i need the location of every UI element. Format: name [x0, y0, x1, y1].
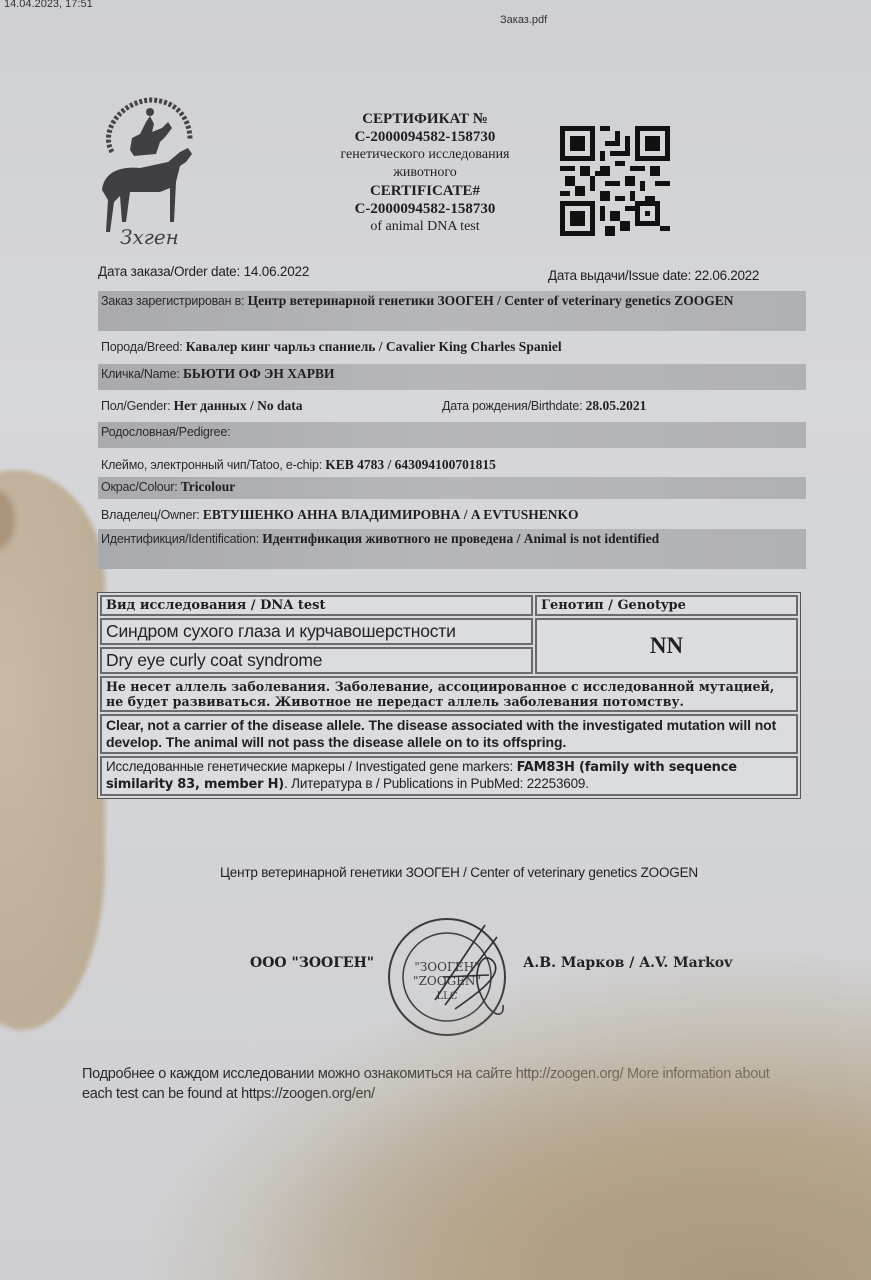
field-label: Владелец/Owner:: [101, 508, 203, 522]
footer-more-info: Подробнее о каждом исследовании можно оз…: [82, 1064, 802, 1104]
field-breed: Порода/Breed: Кавалер кинг чарльз спание…: [98, 337, 806, 357]
cert-subtitle-ru-1: генетического исследования: [300, 146, 550, 164]
field-value: Идентификация животного не проведена / A…: [262, 531, 659, 546]
field-pedigree: Родословная/Pedigree:: [98, 422, 806, 448]
issuing-center: Центр ветеринарной генетики ЗООГЕН / Cen…: [220, 865, 698, 880]
stamp-seal-icon: "ЗООГЕН" "ZOOGEN" LLC: [385, 905, 525, 1045]
svg-text:Зхген: Зхген: [120, 225, 179, 249]
cert-title-en: CERTIFICATE#: [300, 182, 550, 200]
order-date-value: 14.06.2022: [244, 264, 310, 279]
cert-subtitle-en: of animal DNA test: [300, 218, 550, 236]
gene-markers: Исследованные генетические маркеры / Inv…: [100, 756, 798, 796]
certificate-title-block: СЕРТИФИКАТ № C-2000094582-158730 генетич…: [300, 110, 550, 236]
organization-name: ООО "ЗООГЕН": [250, 955, 374, 971]
cert-subtitle-ru-2: животного: [300, 164, 550, 182]
field-value: Центр ветеринарной генетики ЗООГЕН / Cen…: [248, 293, 734, 308]
field-label: Идентификция/Identification:: [101, 532, 262, 546]
horse-rider-logo-icon: Зхген: [90, 92, 200, 252]
genotype-value: NN: [535, 618, 798, 674]
field-value: Нет данных / No data: [174, 398, 303, 413]
field-registered: Заказ зарегистрирован в: Центр ветеринар…: [98, 291, 806, 331]
order-date-label: Дата заказа/Order date:: [98, 264, 244, 279]
field-value: ЕВТУШЕНКО АННА ВЛАДИМИРОВНА / A EVTUSHEN…: [203, 507, 579, 522]
field-label: Заказ зарегистрирован в:: [101, 294, 248, 308]
field-value: БЬЮТИ ОФ ЭН ХАРВИ: [183, 366, 335, 381]
field-value: 28.05.2021: [586, 398, 647, 413]
field-identification: Идентификция/Identification: Идентификац…: [98, 529, 806, 569]
field-label: Окрас/Colour:: [101, 480, 181, 494]
print-timestamp: 14.04.2023, 17:51: [4, 0, 93, 10]
field-label: Родословная/Pedigree:: [101, 425, 230, 439]
order-date: Дата заказа/Order date: 14.06.2022: [98, 264, 309, 279]
field-gender-birthdate: Пол/Gender: Нет данных / No data Дата ро…: [98, 396, 806, 416]
publications-value: 22253609.: [527, 776, 589, 791]
interpretation-en: Clear, not a carrier of the disease alle…: [100, 714, 798, 754]
header-dna-test: Вид исследования / DNA test: [100, 595, 533, 616]
zoogen-logo: Зхген: [90, 92, 200, 252]
field-colour: Окрас/Colour: Tricolour: [98, 477, 806, 499]
header-genotype: Генотип / Genotype: [535, 595, 798, 616]
issue-date-label: Дата выдачи/Issue date:: [548, 268, 695, 283]
field-label: Кличка/Name:: [101, 367, 183, 381]
field-owner: Владелец/Owner: ЕВТУШЕНКО АННА ВЛАДИМИРО…: [98, 505, 806, 525]
issue-date: Дата выдачи/Issue date: 22.06.2022: [548, 268, 759, 283]
interpretation-ru: Не несет аллель заболевания. Заболевание…: [100, 676, 798, 712]
test-name-ru: Синдром сухого глаза и курчавошерстности: [100, 618, 533, 645]
print-filename: Заказ.pdf: [500, 14, 547, 26]
qr-code-icon: [560, 125, 670, 237]
field-value: Кавалер кинг чарльз спаниель / Cavalier …: [186, 339, 562, 354]
field-label: Дата рождения/Birthdate:: [442, 399, 586, 413]
field-label: Пол/Gender:: [101, 399, 174, 413]
field-name: Кличка/Name: БЬЮТИ ОФ ЭН ХАРВИ: [98, 364, 806, 390]
cert-title-ru: СЕРТИФИКАТ №: [300, 110, 550, 128]
publications-label: . Литература в / Publications in PubMed:: [284, 776, 527, 791]
cert-number-ru: C-2000094582-158730: [300, 128, 550, 146]
field-chip: Клеймо, электронный чип/Tatoo, e-chip: K…: [98, 455, 806, 475]
field-value: Tricolour: [181, 479, 236, 494]
field-label: Клеймо, электронный чип/Tatoo, e-chip:: [101, 458, 325, 472]
birthdate: Дата рождения/Birthdate: 28.05.2021: [442, 398, 646, 414]
issue-date-value: 22.06.2022: [695, 268, 760, 283]
signer-name: А.В. Марков / A.V. Markov: [523, 955, 732, 971]
markers-label: Исследованные генетические маркеры / Inv…: [106, 759, 517, 774]
field-value: KEB 4783 / 643094100701815: [325, 457, 496, 472]
results-table: Вид исследования / DNA test Генотип / Ge…: [97, 592, 801, 799]
official-stamp: "ЗООГЕН" "ZOOGEN" LLC: [385, 905, 525, 1045]
results-grid: Вид исследования / DNA test Генотип / Ge…: [100, 595, 798, 674]
test-name-en: Dry eye curly coat syndrome: [100, 647, 533, 674]
field-label: Порода/Breed:: [101, 340, 186, 354]
qr-code: [560, 125, 670, 237]
thumb-photo-artifact: [0, 470, 105, 1030]
cert-number-en: C-2000094582-158730: [300, 200, 550, 218]
